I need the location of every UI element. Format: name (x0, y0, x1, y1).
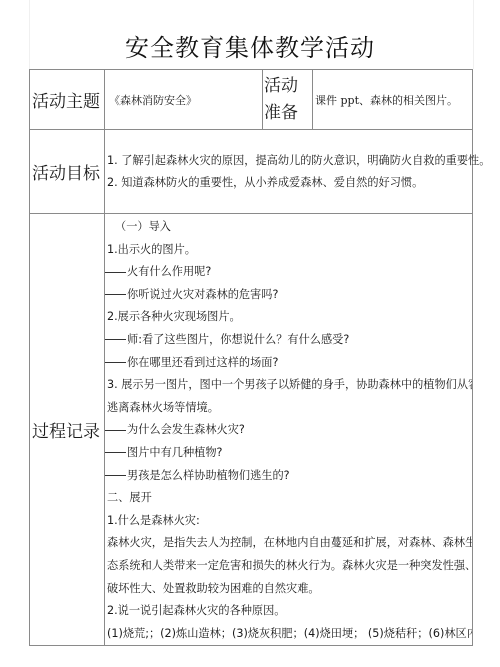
process-line: 破坏性大、处置救助较为困难的自然灾难。 (105, 578, 472, 601)
process-line-text: 逃离森林火场等情境。 (107, 401, 219, 414)
process-line: 逃离森林火场等情境。 (105, 397, 472, 420)
prep-label-line1: 活动 (264, 73, 312, 100)
process-line: （一）导入 (105, 216, 472, 239)
process-line-text: 火有什么作用呢? (127, 265, 211, 278)
process-line: 火有什么作用呢? (105, 261, 472, 284)
process-label: 过程记录 (30, 214, 105, 646)
process-line-text: 2.展示各种火灾现场图片。 (107, 310, 241, 323)
dash-rule (105, 272, 126, 273)
process-line-text: (1)烧荒;；(2)炼山造林；(3)烧灰积肥；(4)烧田埂； (5)烧秸秆；(6… (107, 627, 473, 640)
process-line-text: 1.什么是森林火灾: (107, 514, 200, 527)
dash-rule (105, 430, 126, 431)
process-line-text: 你在哪里还看到过这样的场面? (127, 356, 278, 369)
theme-value: 《森林消防安全》 (105, 70, 263, 130)
process-line: 3. 展示另一图片，图中一个男孩子以矫健的身手，协助森林中的植物们从容 (105, 374, 472, 397)
process-line: 你在哪里还看到过这样的场面? (105, 352, 472, 375)
process-line: 态系统和人类带来一定危害和损失的林火行为。森林火灾是一种突发性强、 (105, 555, 472, 578)
process-line-text: 男孩是怎么样协助植物们逃生的? (127, 469, 290, 482)
process-line-text: 师:看了这些图片，你想说什么？有什么感受? (127, 333, 349, 346)
process-line: 2.说一说引起森林火灾的各种原因。 (105, 600, 472, 623)
process-line: 森林火灾，是指失去人为控制，在林地内自由蔓延和扩展，对森林、森林生 (105, 532, 472, 555)
process-line-text: 你听说过火灾对森林的危害吗? (127, 288, 278, 301)
process-line: 二、展开 (105, 487, 472, 510)
theme-row: 活动主题 《森林消防安全》 活动 准备 课件 ppt、森林的相关图片。 (30, 70, 473, 130)
goal-item: 1. 了解引起森林火灾的原因，提高幼儿的防火意识，明确防火自救的重要性。 (105, 150, 472, 172)
process-line-text: 态系统和人类带来一定危害和损失的林火行为。森林火灾是一种突发性强、 (107, 559, 473, 572)
process-line-text: 森林火灾，是指失去人为控制，在林地内自由蔓延和扩展，对森林、森林生 (107, 536, 473, 549)
dash-rule (105, 339, 126, 340)
process-line: 师:看了这些图片，你想说什么？有什么感受? (105, 329, 472, 352)
process-line: 1.什么是森林火灾: (105, 510, 472, 533)
document-title: 安全教育集体教学活动 (0, 28, 500, 63)
process-lines: （一）导入1.出示火的图片。火有什么作用呢?你听说过火灾对森林的危害吗?2.展示… (105, 216, 472, 645)
process-line: 男孩是怎么样协助植物们逃生的? (105, 465, 472, 488)
process-line: 你听说过火灾对森林的危害吗? (105, 284, 472, 307)
process-line: (1)烧荒;；(2)炼山造林；(3)烧灰积肥；(4)烧田埂； (5)烧秸秆；(6… (105, 623, 472, 646)
dash-rule (105, 475, 126, 476)
prep-label-line2: 准备 (264, 100, 312, 127)
prep-value: 课件 ppt、森林的相关图片。 (313, 70, 473, 130)
process-line-text: 1.出示火的图片。 (107, 243, 196, 256)
dash-rule (105, 294, 126, 295)
process-line-text: 3. 展示另一图片，图中一个男孩子以矫健的身手，协助森林中的植物们从容 (107, 378, 473, 391)
goals-content: 1. 了解引起森林火灾的原因，提高幼儿的防火意识，明确防火自救的重要性。 2. … (105, 130, 473, 214)
process-row: 过程记录 （一）导入1.出示火的图片。火有什么作用呢?你听说过火灾对森林的危害吗… (30, 214, 473, 646)
process-line: 为什么会发生森林火灾? (105, 419, 472, 442)
process-line: 2.展示各种火灾现场图片。 (105, 306, 472, 329)
process-line-text: 二、展开 (107, 491, 152, 504)
process-line-text: 破坏性大、处置救助较为困难的自然灾难。 (107, 582, 320, 595)
goals-row: 活动目标 1. 了解引起森林火灾的原因，提高幼儿的防火意识，明确防火自救的重要性… (30, 130, 473, 214)
process-content: （一）导入1.出示火的图片。火有什么作用呢?你听说过火灾对森林的危害吗?2.展示… (105, 214, 473, 646)
lesson-plan-table: 活动主题 《森林消防安全》 活动 准备 课件 ppt、森林的相关图片。 活动目标… (29, 69, 473, 646)
process-line-text: 为什么会发生森林火灾? (127, 423, 245, 436)
goal-item: 2. 知道森林防火的重要性，从小养成爱森林、爱自然的好习惯。 (105, 172, 472, 194)
process-line-text: 2.说一说引起森林火灾的各种原因。 (107, 604, 286, 617)
theme-label: 活动主题 (30, 70, 105, 130)
process-line-text: 图片中有几种植物? (127, 446, 222, 459)
goals-label: 活动目标 (30, 130, 105, 214)
prep-label: 活动 准备 (263, 70, 313, 130)
process-line: 1.出示火的图片。 (105, 239, 472, 262)
dash-rule (105, 362, 126, 363)
process-line-text: （一）导入 (115, 220, 171, 233)
process-line: 图片中有几种植物? (105, 442, 472, 465)
dash-rule (105, 452, 126, 453)
